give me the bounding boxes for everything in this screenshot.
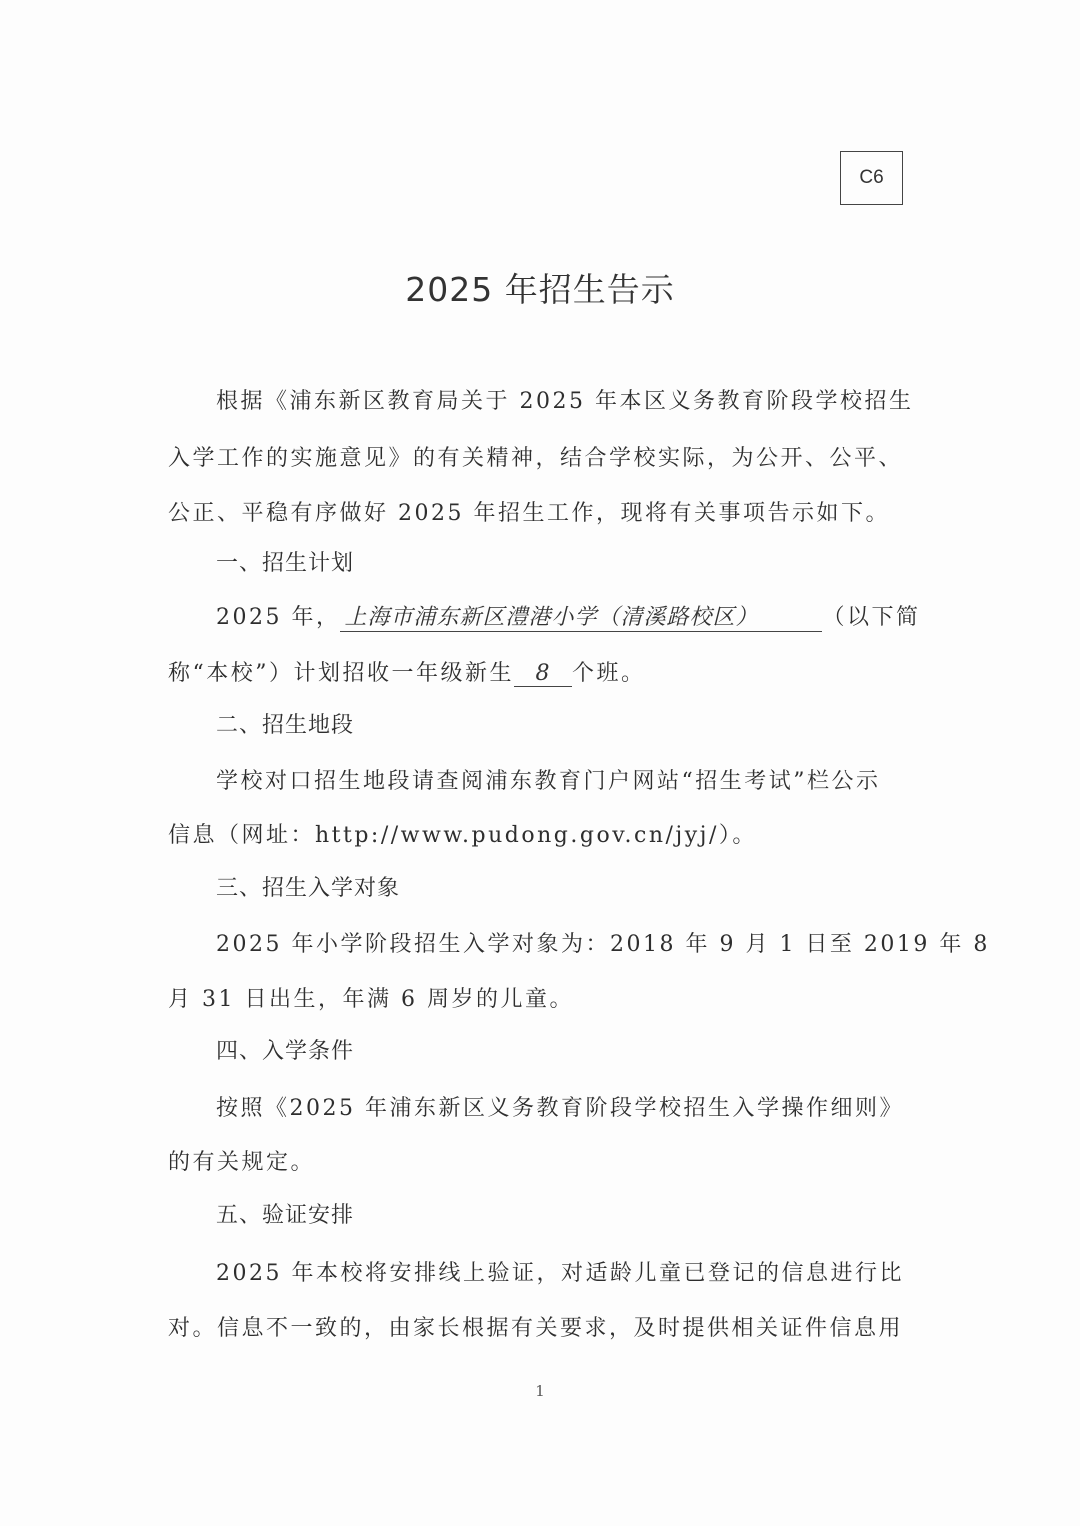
intro-line-1: 根据《浦东新区教育局关于 2025 年本区义务教育阶段学校招生 — [216, 384, 913, 415]
section-heading-verification: 五、验证安排 — [216, 1198, 354, 1229]
enrollment-plan-text: 称“本校”）计划招收一年级新生 — [168, 661, 514, 686]
class-unit: 个班。 — [572, 661, 646, 686]
section-heading-eligible-children: 三、招生入学对象 — [216, 871, 400, 902]
admission-conditions-line-2: 的有关规定。 — [168, 1145, 315, 1176]
admission-conditions-line-1: 按照《2025 年浦东新区义务教育阶段学校招生入学操作细则》 — [216, 1091, 904, 1122]
verification-line-1: 2025 年本校将安排线上验证，对适龄儿童已登记的信息进行比 — [216, 1256, 904, 1287]
page-title: 2025 年招生告示 — [0, 264, 1080, 311]
school-name-handwritten: 上海市浦东新区澧港小学（清溪路校区） — [340, 600, 822, 632]
enrollment-plan-year: 2025 年， — [216, 605, 340, 630]
enrollment-plan-line-2: 称“本校”）计划招收一年级新生8个班。 — [168, 656, 646, 687]
verification-line-2: 对。信息不一致的，由家长根据有关要求，及时提供相关证件信息用 — [168, 1311, 903, 1342]
enrollment-plan-line-1: 2025 年，上海市浦东新区澧港小学（清溪路校区）（以下简 — [216, 600, 921, 632]
page-code-box: C6 — [840, 151, 903, 205]
section-heading-enrollment-plan: 一、招生计划 — [216, 546, 354, 577]
intro-line-3: 公正、平稳有序做好 2025 年招生工作，现将有关事项告示如下。 — [168, 496, 890, 527]
section-heading-admission-conditions: 四、入学条件 — [216, 1034, 354, 1065]
eligible-children-line-2: 月 31 日出生，年满 6 周岁的儿童。 — [168, 982, 574, 1013]
section-heading-enrollment-zone: 二、招生地段 — [216, 708, 354, 739]
enrollment-plan-suffix: （以下简 — [822, 605, 920, 630]
enrollment-zone-line-2: 信息（网址：http://www.pudong.gov.cn/jyj/）。 — [168, 818, 757, 849]
enrollment-zone-line-1: 学校对口招生地段请查阅浦东教育门户网站“招生考试”栏公示 — [216, 764, 881, 795]
page-number: 1 — [0, 1382, 1080, 1400]
intro-line-2: 入学工作的实施意见》的有关精神，结合学校实际，为公开、公平、 — [168, 441, 903, 472]
eligible-children-line-1: 2025 年小学阶段招生入学对象为：2018 年 9 月 1 日至 2019 年… — [216, 927, 990, 958]
class-count-handwritten: 8 — [514, 661, 572, 687]
